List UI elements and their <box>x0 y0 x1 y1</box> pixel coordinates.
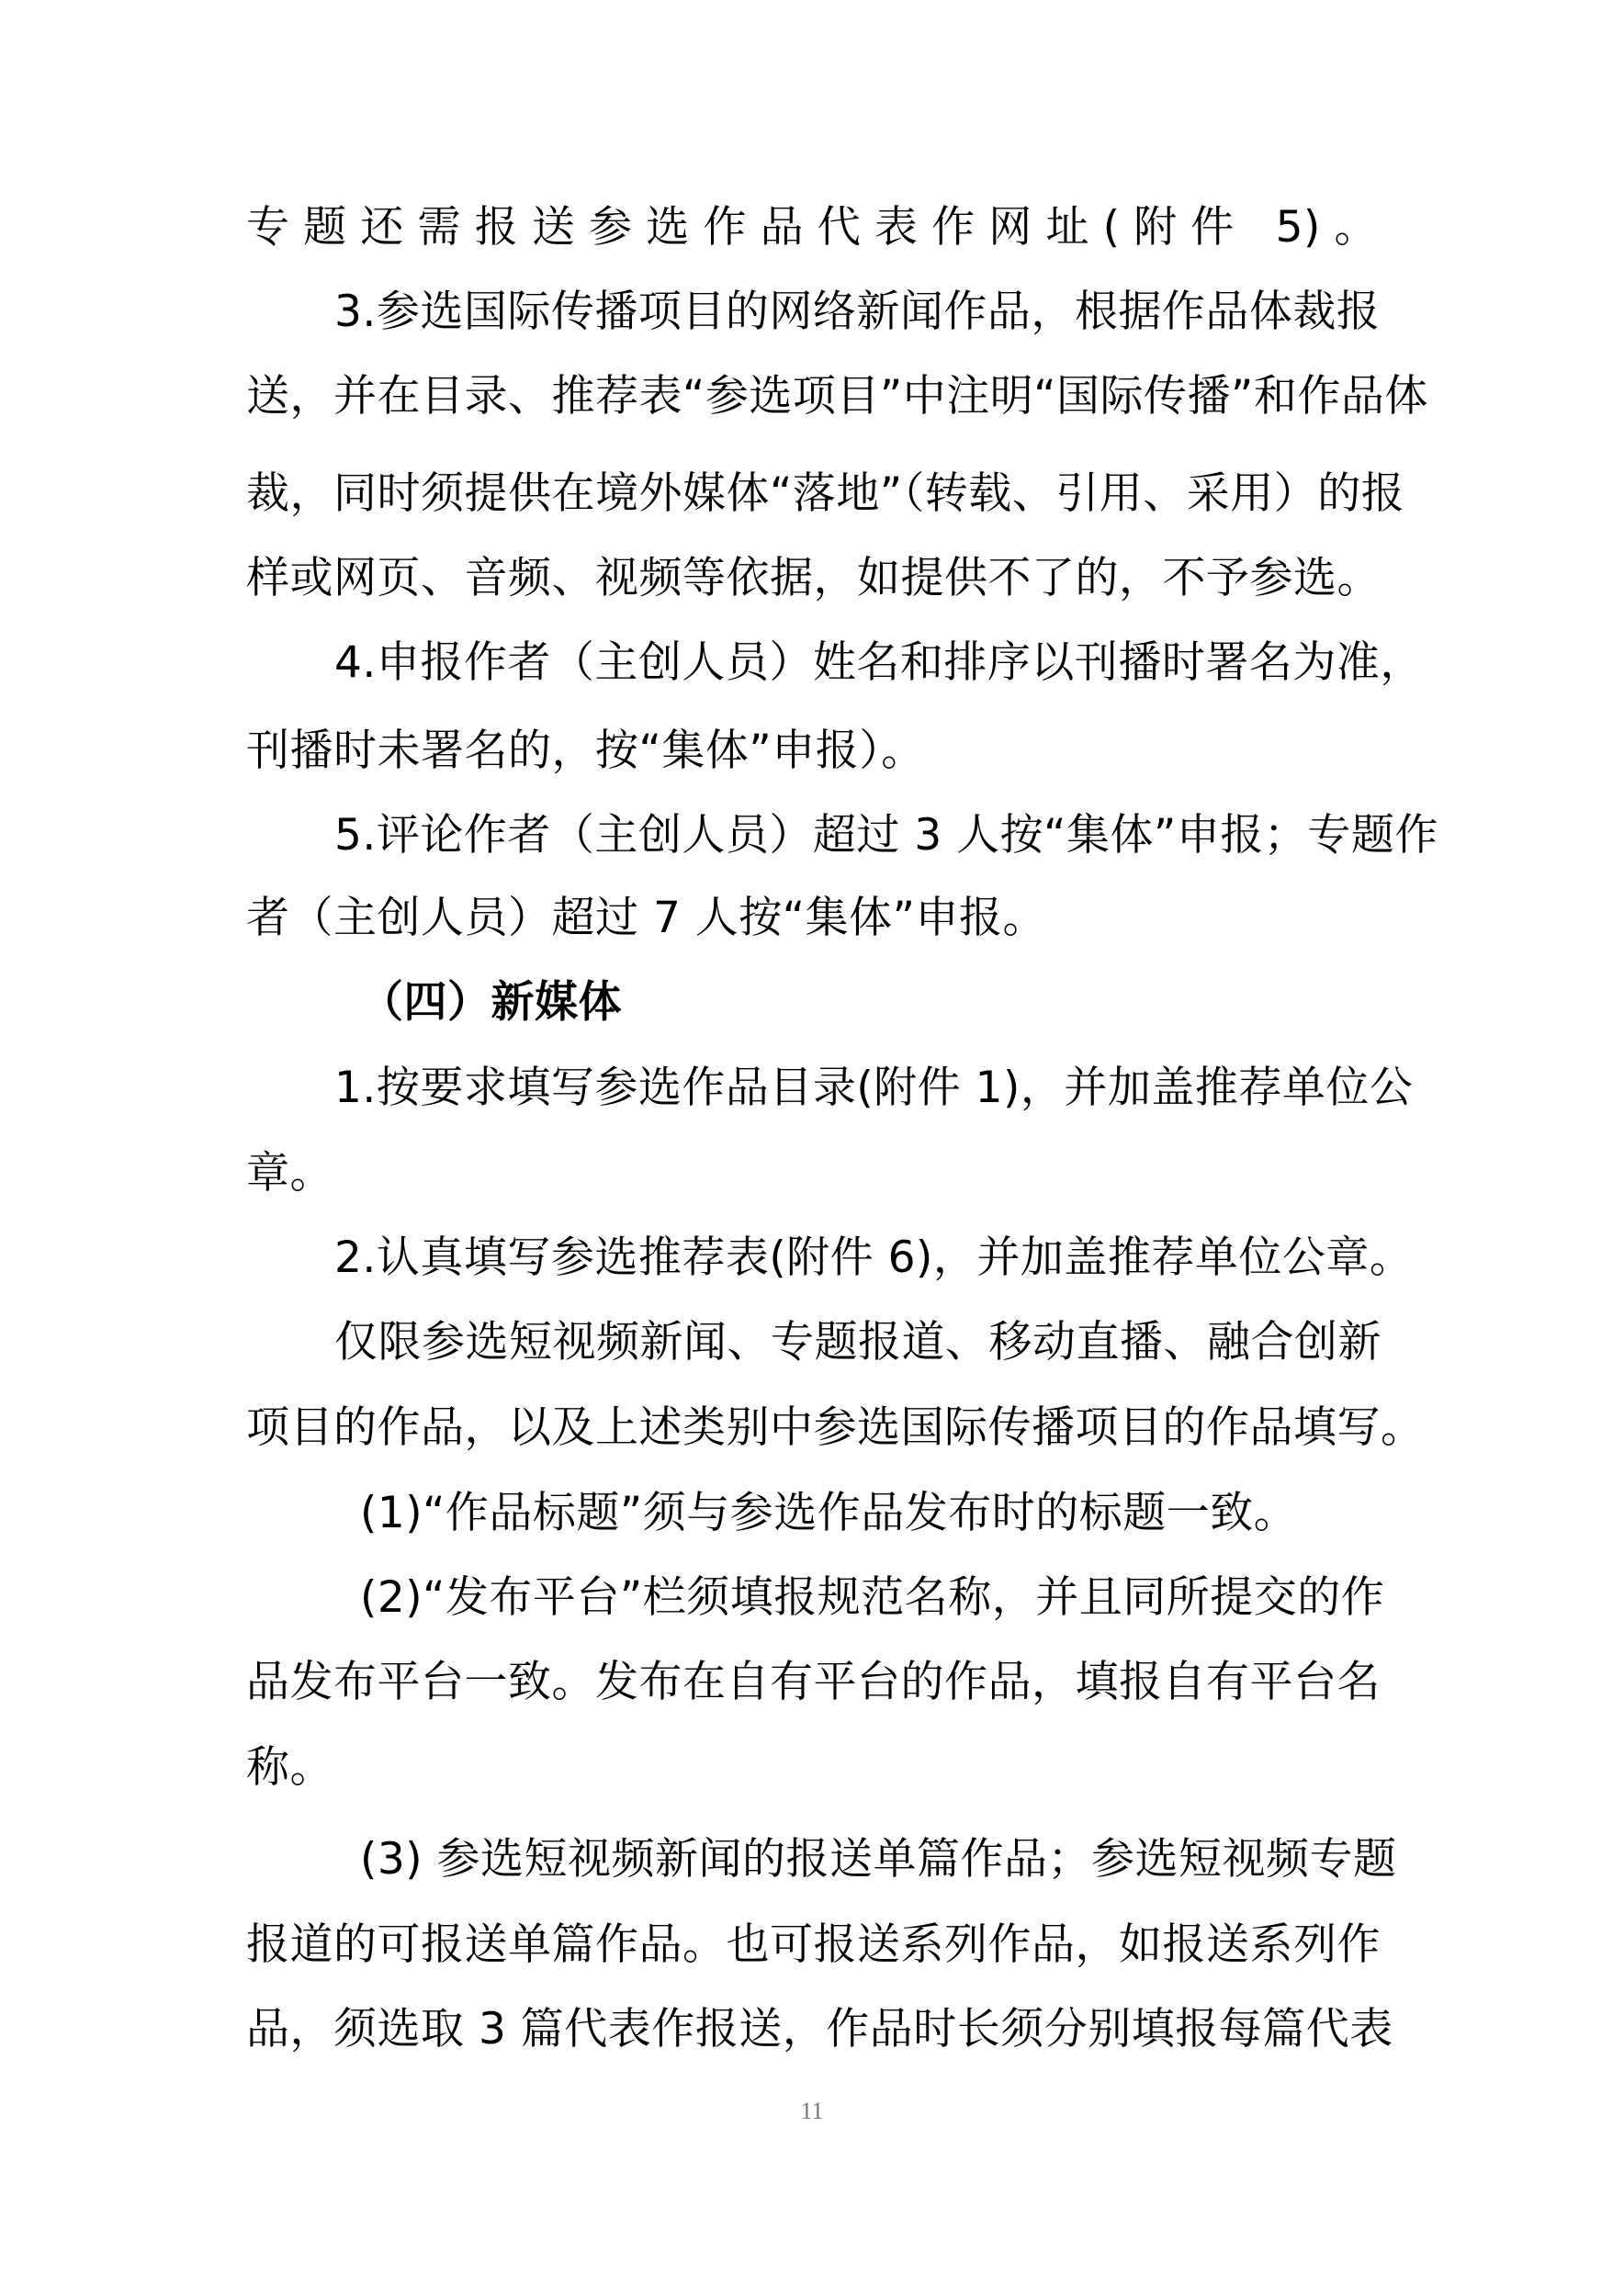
text-line: 样或网页、音频、视频等依据，如提供不了的，不予参选。 <box>246 551 1378 606</box>
paragraph-item-4: 4.申报作者（主创人员）姓名和排序以刊播时署名为准， <box>334 636 1378 691</box>
text-line: 裁，同时须提供在境外媒体“落地”（转载、引用、采用）的报 <box>246 467 1378 522</box>
paragraph-item-5: 5.评论作者（主创人员）超过 3 人按“集体”申报；专题作 <box>334 808 1378 863</box>
page-number: 11 <box>0 2098 1624 2125</box>
sub-item-2: (2)“发布平台”栏须填报规范名称，并且同所提交的作 <box>360 1570 1378 1626</box>
sub-item-3: (3) 参选短视频新闻的报送单篇作品；参选短视频专题 <box>360 1832 1378 1887</box>
paragraph-item-3: 3.参选国际传播项目的网络新闻作品，根据作品体裁报 <box>334 285 1378 340</box>
text-line: 章。 <box>246 1146 1378 1201</box>
text-line: 者（主创人员）超过 7 人按“集体”申报。 <box>246 891 1378 946</box>
document-page: 专题还需报送参选作品代表作网址(附件 5)。 3.参选国际传播项目的网络新闻作品… <box>0 0 1624 2296</box>
paragraph-item-2: 2.认真填写参选推荐表(附件 6)，并加盖推荐单位公章。 <box>334 1231 1378 1286</box>
sub-item-1: (1)“作品标题”须与参选作品发布时的标题一致。 <box>360 1486 1378 1541</box>
text-line: 项目的作品，以及上述类别中参选国际传播项目的作品填写。 <box>246 1401 1378 1456</box>
text-line: 品发布平台一致。发布在自有平台的作品，填报自有平台名 <box>246 1655 1378 1710</box>
text-line: 称。 <box>246 1740 1378 1795</box>
paragraph-scope: 仅限参选短视频新闻、专题报道、移动直播、融合创新 <box>334 1315 1378 1370</box>
text-line: 报道的可报送单篇作品。也可报送系列作品，如报送系列作 <box>246 1918 1378 1973</box>
paragraph-item-1: 1.按要求填写参选作品目录(附件 1)，并加盖推荐单位公 <box>334 1061 1378 1116</box>
text-line: 送，并在目录、推荐表“参选项目”中注明“国际传播”和作品体 <box>246 369 1378 424</box>
text-line: 专题还需报送参选作品代表作网址(附件 5)。 <box>246 200 1378 255</box>
text-line: 品，须选取 3 篇代表作报送，作品时长须分别填报每篇代表 <box>246 2002 1378 2057</box>
section-heading-new-media: （四）新媒体 <box>360 975 1492 1030</box>
text-line: 刊播时未署名的，按“集体”申报）。 <box>246 724 1378 779</box>
